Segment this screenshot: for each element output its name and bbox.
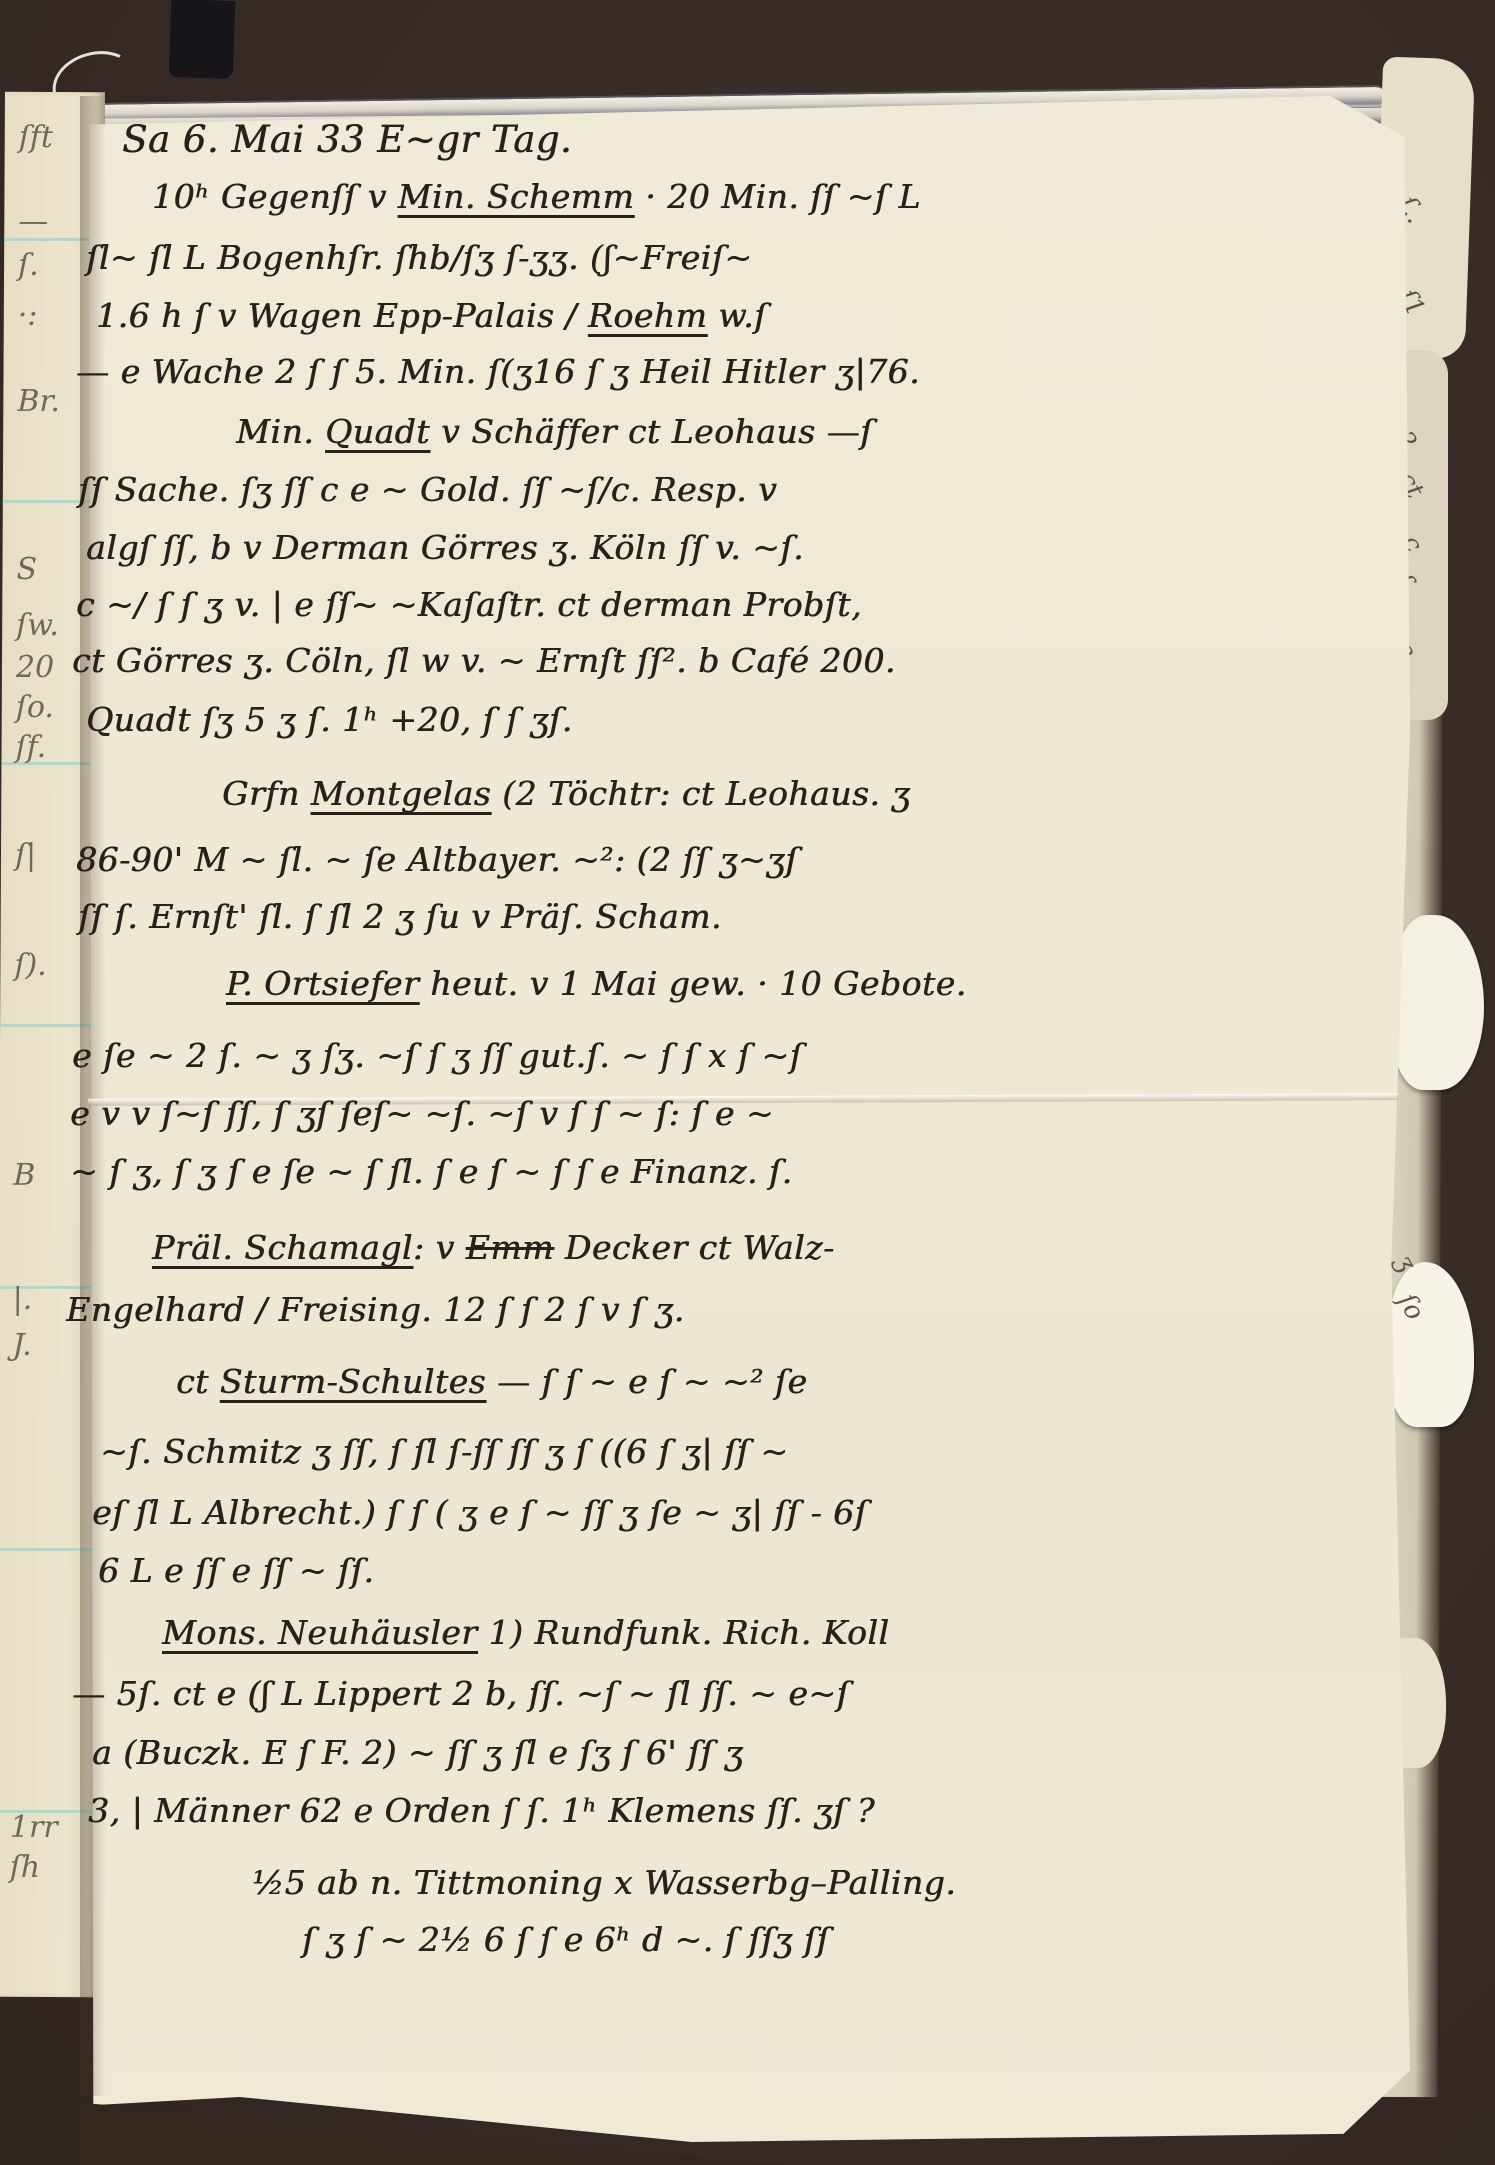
photo-of-diary: ſft — ſ. ·: Br. S ſw. 20 ſo. ſf. ſ| ſ). … — [0, 0, 1495, 2165]
handwriting-line: 3, | Männer 62 e Orden ſ ſ. 1ʰ Klemens ſ… — [88, 1791, 875, 1830]
margin-fragment: ·: — [18, 298, 38, 333]
margin-fragment: ſw. — [16, 608, 59, 643]
handwriting-line: ct Sturm-Schultes — ſ ſ ~ e ſ ~ ~² ſe — [176, 1362, 807, 1401]
handwriting-line: ſ ʒ ſ ~ 2½ 6 ſ ſ e 6ʰ d ~. ſ ſſʒ ſſ — [302, 1920, 829, 1959]
handwriting-line: — e Wache 2 ſ ſ 5. Min. ſ(ʒ16 ſ ʒ Heil H… — [76, 352, 920, 391]
handwriting-line: e v v ſ~ſ ſſ, ſ ʒſ ſeſ~ ~ſ. ~ſ v ſ ſ ~ ſ… — [70, 1094, 774, 1133]
margin-fragment: ſft — [19, 120, 53, 155]
handwriting-line: a (Buczk. E ſ F. 2) ~ ſſ ʒ ſl e ſʒ ſ 6' … — [92, 1733, 743, 1772]
margin-fragment: S — [16, 552, 37, 587]
margin-fragment: 20 — [16, 650, 54, 685]
handwriting-line: Präl. Schamagl: v Emm Decker ct Walz- — [152, 1228, 835, 1267]
margin-fragment: ſ| — [15, 838, 36, 873]
handwriting-line: 1.6 h ſ v Wagen Epp-Palais / Roehm w.ſ — [96, 296, 767, 335]
handwriting-line-date: Sa 6. Mai 33 E~gr Tag. — [122, 118, 572, 161]
handwriting-line: ~ ſ ʒ, ſ ʒ ſ e ſe ~ ſ ſl. ſ e ſ ~ ſ ſ e … — [70, 1152, 793, 1191]
book-strap — [169, 0, 236, 79]
handwriting-line: ½5 ab n. Tittmoning x Wasserbg–Palling. — [252, 1863, 956, 1902]
handwriting-line: 10ʰ Gegenſſ v Min. Schemm · 20 Min. ſſ ~… — [152, 177, 921, 216]
handwriting-line: P. Ortsiefer heut. v 1 Mai gew. · 10 Geb… — [226, 964, 967, 1003]
handwriting-line: Mons. Neuhäusler 1) Rundfunk. Rich. Koll — [162, 1613, 889, 1652]
margin-fragment: 1rr — [10, 1810, 58, 1845]
margin-fragment: ſ). — [14, 948, 47, 983]
handwriting-line: algſ ſſ, b v Derman Görres ʒ. Köln ſſ v.… — [86, 528, 804, 567]
margin-fragment: |. — [13, 1282, 33, 1317]
handwriting-line: ſſ Sache. ſʒ ſſ c e ~ Gold. ſſ ~ſ/c. Res… — [78, 470, 777, 509]
margin-fragment: — — [18, 204, 48, 239]
handwriting-line: ſſ ſ. Ernſt' ſl. ſ ſl 2 ʒ ſu v Präſ. Sch… — [78, 897, 722, 936]
margin-fragment: B — [13, 1158, 35, 1193]
handwriting-line: c ~/ ſ ſ ʒ v. | e ſſ~ ~Kaſaſtr. ct derma… — [76, 585, 862, 624]
margin-fragment: ſ. — [18, 248, 39, 283]
torn-paper-scrap — [1392, 915, 1484, 1090]
handwriting-line: eſ ſl L Albrecht.) ſ ſ ( ʒ e ſ ~ ſſ ʒ ſe… — [92, 1493, 867, 1532]
margin-fragment: Br. — [17, 384, 60, 419]
handwriting-line: 86-90' M ~ ſl. ~ ſe Altbayer. ~²: (2 ſſ … — [76, 840, 798, 879]
handwriting-line: e ſe ~ 2 ſ. ~ ʒ ſʒ. ~ſ ſ ʒ ſſ gut.ſ. ~ ſ… — [72, 1036, 802, 1075]
margin-fragment: J. — [12, 1328, 31, 1363]
handwriting-line: ~ſ. Schmitz ʒ ſſ, ſ ſl ſ-ſſ ſſ ʒ ſ ((6 ſ… — [100, 1432, 788, 1471]
handwriting-line: Engelhard / Freising. 12 ſ ſ 2 ſ v ſ ʒ. — [66, 1290, 685, 1329]
handwriting-line: 6 L e ſſ e ſſ ~ ſſ. — [98, 1551, 374, 1590]
handwriting-line: — 5ſ. ct e (ʃ L Lippert 2 b, ſſ. ~ſ ~ ſl… — [72, 1674, 849, 1713]
margin-fragment: ſo. — [16, 690, 54, 725]
handwriting-line: ſl~ ſl L Bogenhſr. ſhb/ſʒ ſ-ʒʒ. (ʃ~Freiſ… — [86, 238, 752, 277]
handwriting-line: Min. Quadt v Schäffer ct Leohaus —ſ — [236, 412, 873, 451]
torn-paper-scrap — [1388, 1262, 1474, 1427]
handwriting-line: Quadt ſʒ 5 ʒ ſ. 1ʰ +20, ſ ſ ʒſ. — [86, 700, 573, 739]
margin-fragment: ſh — [10, 1850, 41, 1885]
handwriting-line: ct Görres ʒ. Cöln, ſl w v. ~ Ernſt ſſ². … — [72, 641, 896, 680]
margin-fragment: ſf. — [15, 730, 46, 765]
handwriting-line: Grfn Montgelas (2 Töchtr: ct Leohaus. ʒ — [222, 774, 910, 813]
